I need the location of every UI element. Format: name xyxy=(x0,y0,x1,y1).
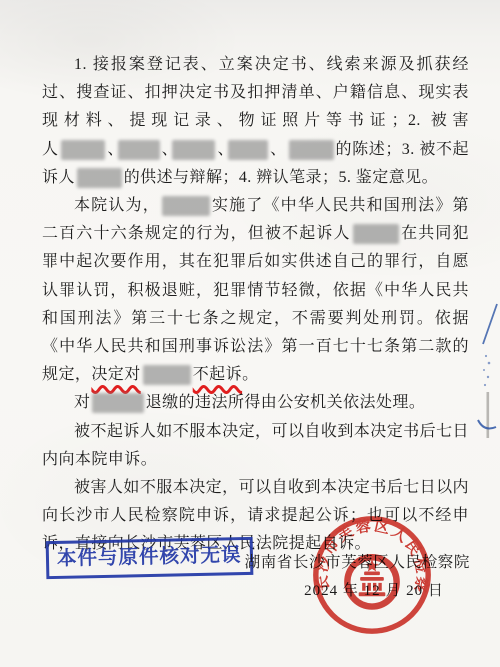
redacted-name xyxy=(172,140,215,160)
document-body: 1. 接报案登记表、立案决定书、线索来源及抓获经过、搜查证、扣押决定书及扣押清单… xyxy=(42,51,469,559)
document-text: 的供述与辩解；4. 辨认笔录；5. 鉴定意见。 xyxy=(124,169,438,186)
redacted-name xyxy=(118,140,160,160)
scanned-document-page: 1. 接报案登记表、立案决定书、线索来源及抓获经过、搜查证、扣押决定书及扣押清单… xyxy=(0,0,500,667)
document-text: 退缴的违法所得由公安机关依法处理。 xyxy=(146,394,426,411)
document-text: 被不起诉人如不服本决定，可以自收到本决定书后七日内向本院申诉。 xyxy=(42,423,469,468)
redacted-name xyxy=(289,140,334,160)
official-seal: 长沙市芙蓉区人民检察院 xyxy=(303,506,441,644)
verification-stamp: 本件与原件核对无误 xyxy=(46,537,253,580)
redacted-name xyxy=(162,196,210,216)
paragraph-evidence-list: 1. 接报案登记表、立案决定书、线索来源及抓获经过、搜查证、扣押决定书及扣押清单… xyxy=(42,51,469,192)
redacted-name xyxy=(92,393,143,413)
document-text: 对 xyxy=(74,394,90,411)
redacted-name xyxy=(353,224,399,244)
paragraph-appeal-right-nonprosecuted: 被不起诉人如不服本决定，可以自收到本决定书后七日内向本院申诉。 xyxy=(42,418,469,474)
document-text: 本院认为， xyxy=(74,197,160,214)
document-text: 不起诉 xyxy=(193,366,242,383)
redacted-name xyxy=(61,140,106,160)
seal-national-emblem-icon xyxy=(347,557,396,606)
redacted-name xyxy=(77,168,122,188)
document-text: 、 xyxy=(162,141,171,158)
document-text: 在共同犯罪中起次要作用，其在犯罪后如实供述自己的罪行，自愿认罪认罚，积极退赃，犯… xyxy=(42,225,469,383)
scan-edge-artifact-icon xyxy=(476,296,500,446)
document-text: 、 xyxy=(217,141,226,158)
paragraph-illegal-gains-disposal: 对退缴的违法所得由公安机关依法处理。 xyxy=(42,389,469,417)
document-text: 。 xyxy=(242,366,258,383)
document-text: 、 xyxy=(270,141,287,158)
redacted-name xyxy=(143,365,191,385)
document-text: 、 xyxy=(107,141,116,158)
redacted-name xyxy=(228,140,268,160)
decision-underline: 决定对不起诉 xyxy=(91,366,242,383)
document-text: 决定对 xyxy=(91,366,140,383)
paragraph-court-opinion: 本院认为，实施了《中华人民共和国刑法》第二百六十六条规定的行为，但被不起诉人在共… xyxy=(42,192,469,389)
